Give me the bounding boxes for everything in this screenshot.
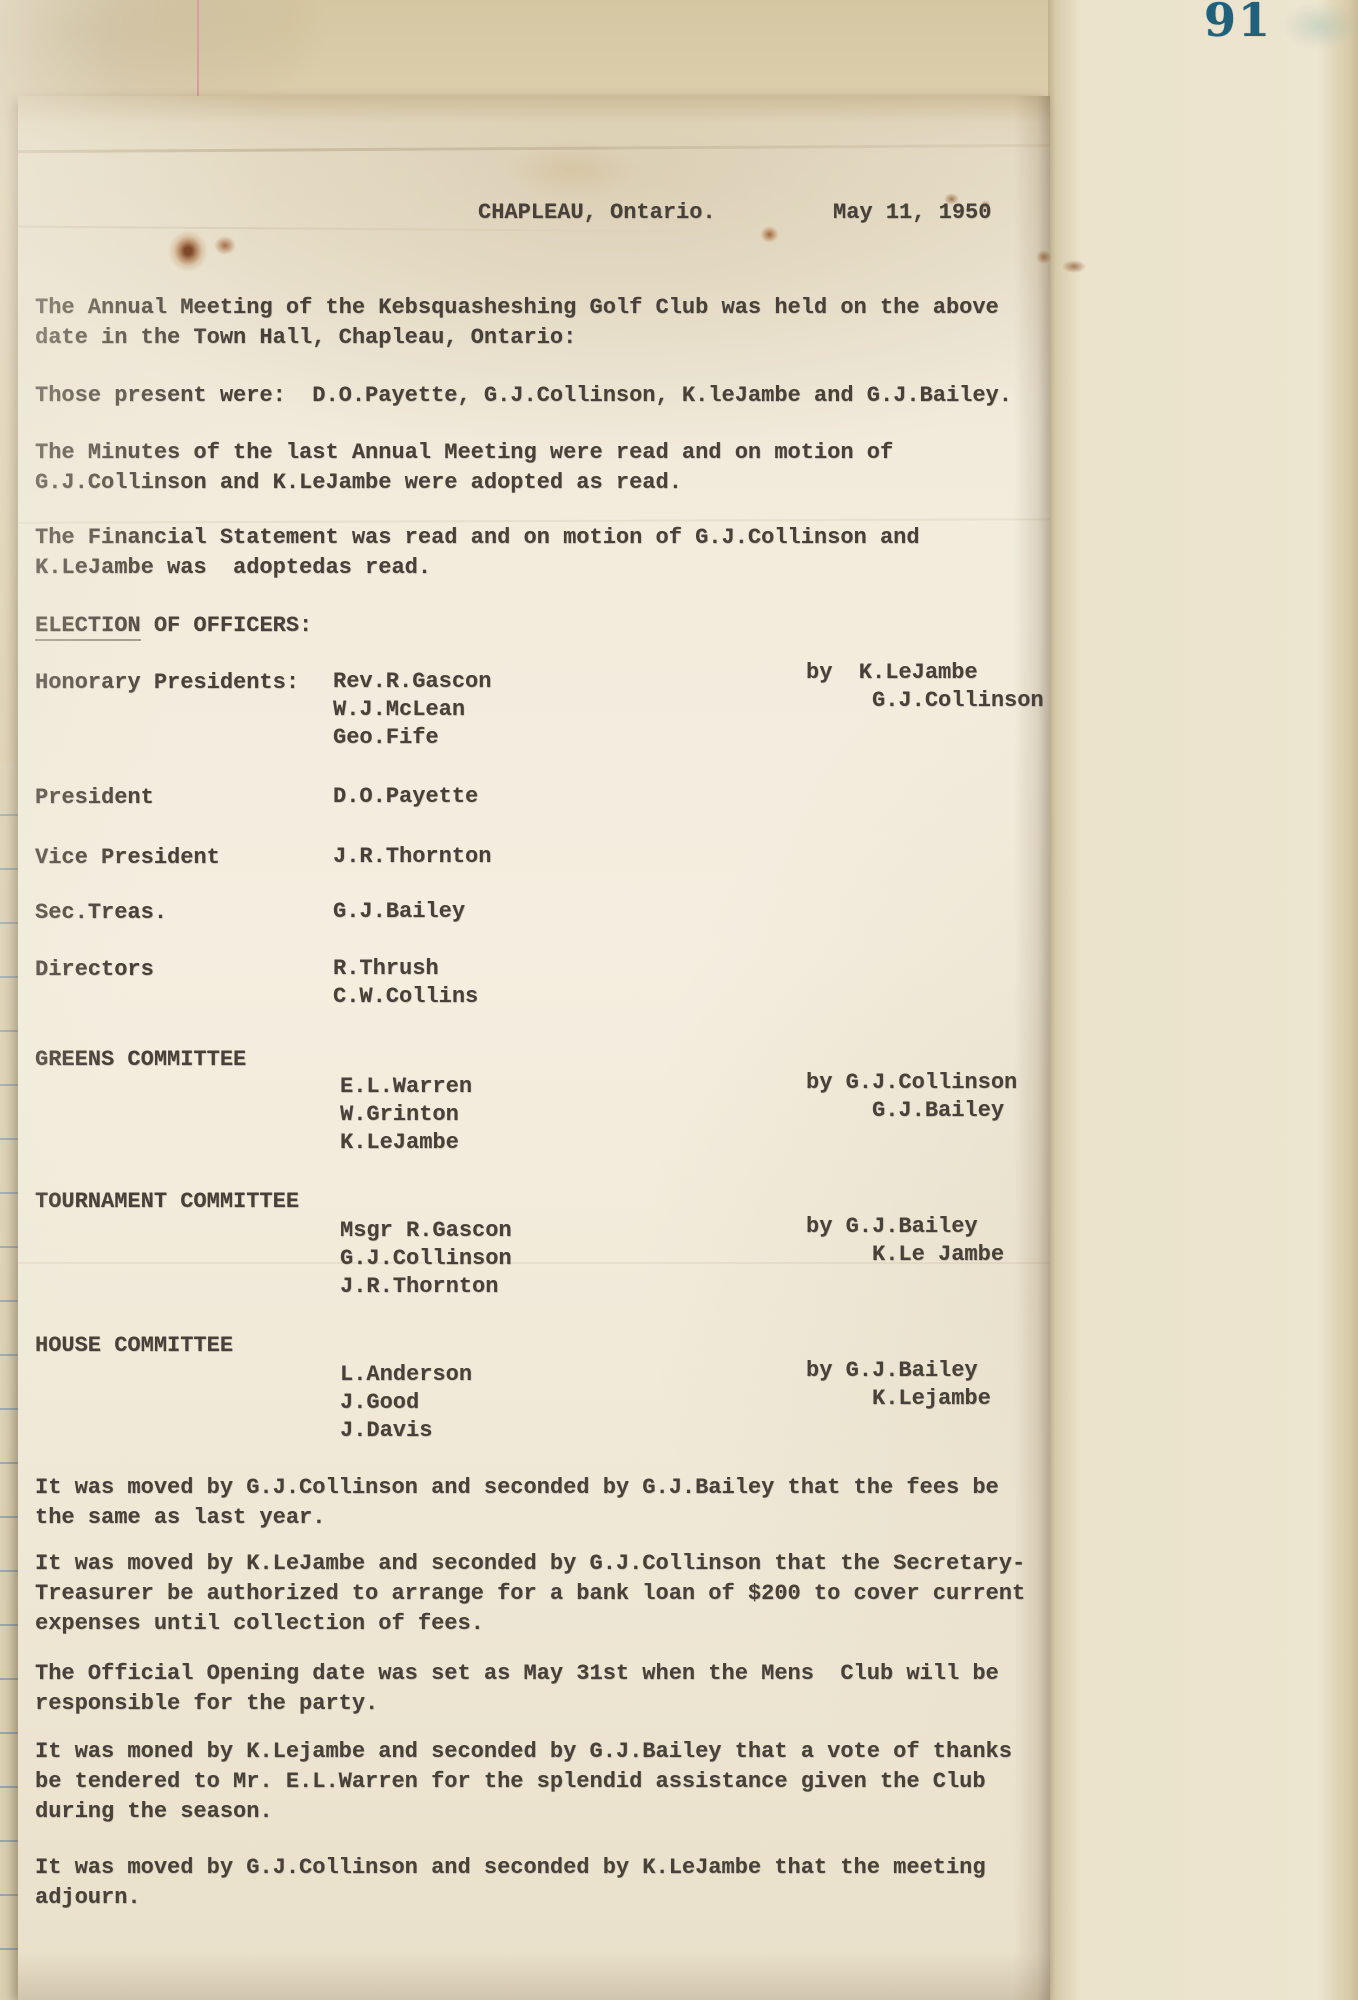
- officer-label: President: [35, 783, 154, 813]
- header-location: CHAPLEAU, Ontario.: [478, 198, 716, 228]
- paragraph-minutes: The Minutes of the last Annual Meeting w…: [35, 438, 893, 498]
- officer-label: Directors: [35, 955, 154, 985]
- committee-heading: HOUSE COMMITTEE: [35, 1331, 233, 1361]
- committee-names: E.L.Warren W.Grinton K.LeJambe: [340, 1073, 472, 1157]
- officer-label: Honorary Presidents:: [35, 668, 299, 698]
- paragraph-attendees: Those present were: D.O.Payette, G.J.Col…: [35, 381, 1012, 411]
- officer-names: R.Thrush C.W.Collins: [333, 955, 478, 1011]
- election-heading-rest: OF OFFICERS:: [141, 613, 313, 638]
- committee-movers: by G.J.Collinson G.J.Bailey: [806, 1069, 1017, 1125]
- page-number: 91: [1204, 0, 1272, 46]
- officer-label: Vice President: [35, 843, 220, 873]
- ink-ghost-stamp: [1282, 2, 1358, 50]
- officer-names: G.J.Bailey: [333, 898, 465, 926]
- officer-names: D.O.Payette: [333, 783, 478, 811]
- committee-movers: by G.J.Bailey K.Lejambe: [806, 1357, 991, 1413]
- paragraph-thanks: It was moned by K.Lejambe and seconded b…: [35, 1737, 1012, 1827]
- paragraph-adjourn: It was moved by G.J.Collinson and second…: [35, 1853, 986, 1913]
- paragraph-loan: It was moved by K.LeJambe and seconded b…: [35, 1549, 1025, 1639]
- officer-names: Rev.R.Gascon W.J.McLean Geo.Fife: [333, 668, 491, 752]
- election-heading-word: ELECTION: [35, 613, 141, 641]
- header-date: May 11, 1950: [833, 198, 991, 228]
- committee-heading: TOURNAMENT COMMITTEE: [35, 1187, 299, 1217]
- adjacent-page-edge: [1048, 0, 1358, 2000]
- paragraph-official-opening: The Official Opening date was set as May…: [35, 1659, 999, 1719]
- officer-movers: by K.LeJambe G.J.Collinson: [806, 659, 1044, 715]
- section-heading-election: ELECTION OF OFFICERS:: [35, 611, 312, 641]
- officer-names: J.R.Thornton: [333, 843, 491, 871]
- officer-label: Sec.Treas.: [35, 898, 167, 928]
- committee-names: L.Anderson J.Good J.Davis: [340, 1361, 472, 1445]
- paragraph-fees: It was moved by G.J.Collinson and second…: [35, 1473, 999, 1533]
- paragraph-financial: The Financial Statement was read and on …: [35, 523, 920, 583]
- committee-movers: by G.J.Bailey K.Le Jambe: [806, 1213, 1004, 1269]
- committee-heading: GREENS COMMITTEE: [35, 1045, 246, 1075]
- committee-names: Msgr R.Gascon G.J.Collinson J.R.Thornton: [340, 1217, 512, 1301]
- scanned-minutes-page: 91 CHAPLEAU, Ontario. May 11, 1950 The A…: [0, 0, 1358, 2000]
- paragraph-opening: The Annual Meeting of the Kebsquasheshin…: [35, 293, 999, 353]
